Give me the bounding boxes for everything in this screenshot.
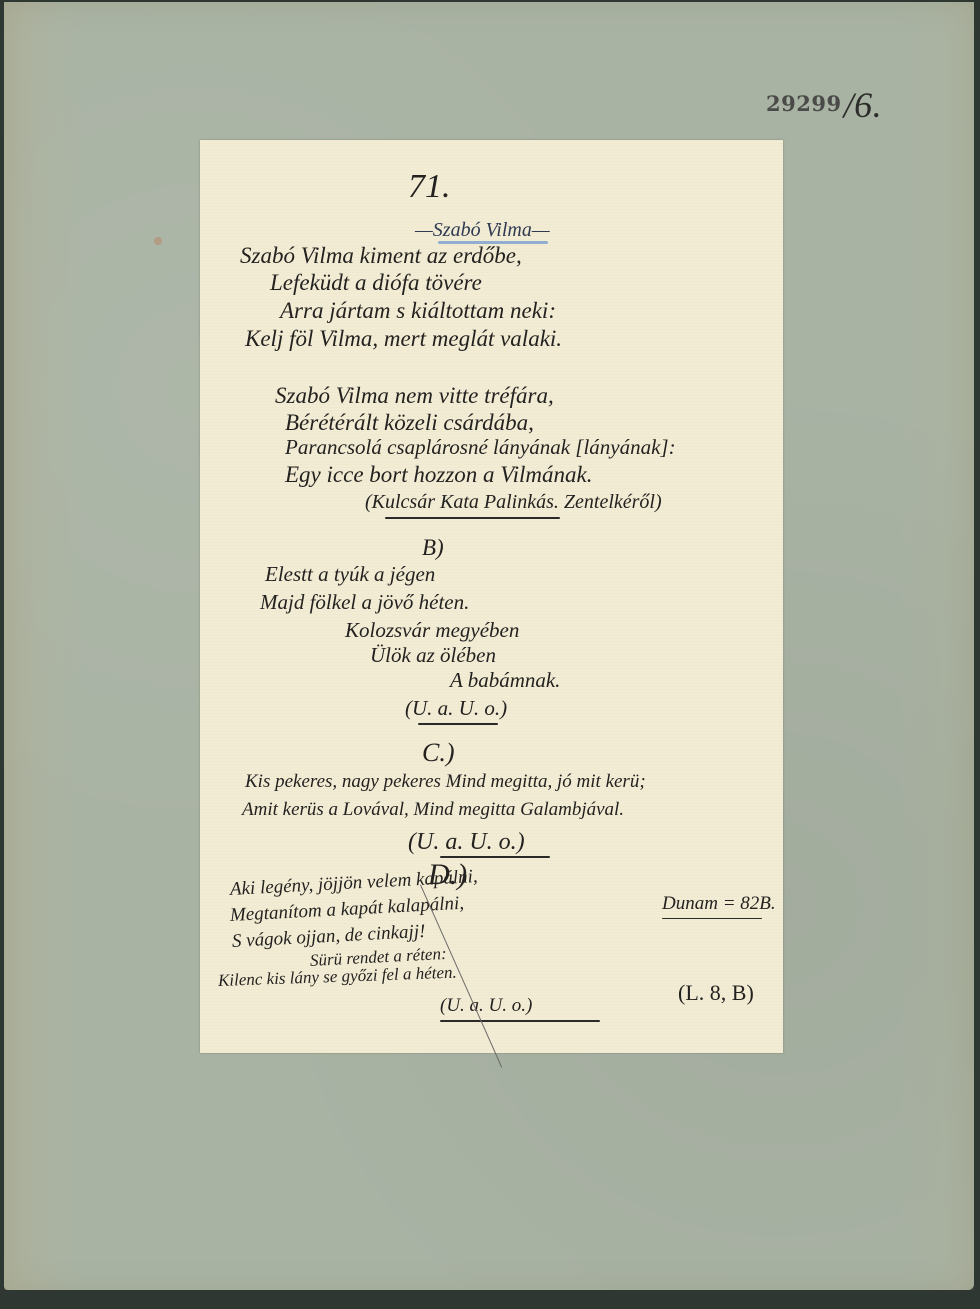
section-b-line-2: Majd fölkel a jövő héten. [260, 592, 469, 613]
section-c-line-1: Kis pekeres, nagy pekeres Mind megitta, … [245, 772, 646, 791]
catalog-suffix: /6. [844, 85, 883, 125]
catalog-number-value: 29299 [766, 91, 842, 116]
section-a-line-5: Szabó Vilma nem vitte tréfára, [275, 384, 554, 407]
ink-stain [154, 237, 162, 245]
section-a-divider [385, 517, 560, 519]
section-b-source: (U. a. U. o.) [405, 698, 507, 719]
section-a-line-8: Egy icce bort hozzon a Vilmának. [285, 463, 592, 486]
margin-note-underline [662, 918, 762, 919]
section-b-divider [418, 723, 498, 725]
section-b-line-1: Elestt a tyúk a jégen [265, 564, 435, 585]
page-number: 71. [408, 170, 451, 204]
section-d-source: (U. a. U. o.) [440, 996, 532, 1015]
poem-title: —Szabó Vilma— [415, 220, 550, 240]
reference-mark: (L. 8, B) [678, 982, 754, 1004]
section-c-label: C.) [422, 740, 455, 766]
section-c-source: (U. a. U. o.) [408, 830, 525, 854]
section-c-line-2: Amit kerüs a Lovával, Mind megitta Galam… [242, 800, 624, 819]
section-b-label: B) [422, 536, 444, 559]
catalog-number: 29299/6. [766, 78, 882, 120]
section-a-line-4: Kelj föl Vilma, mert meglát valaki. [245, 327, 562, 350]
section-d-line-2: Megtanítom a kapát kalapálni, [230, 894, 465, 925]
section-a-line-1: Szabó Vilma kiment az erdőbe, [240, 244, 522, 267]
section-b-line-4: Ülök az ölében [370, 645, 496, 666]
section-a-line-3: Arra jártam s kiáltottam neki: [280, 299, 556, 322]
margin-note: Dunam = 82B. [662, 894, 776, 913]
section-a-line-7: Parancsolá csaplárosné lányának [lányána… [285, 437, 676, 458]
section-b-line-5: A babámnak. [450, 670, 560, 691]
section-a-line-6: Bérétérált közeli csárdába, [285, 411, 534, 434]
manuscript-page: 71. —Szabó Vilma— Szabó Vilma kiment az … [200, 140, 783, 1053]
section-a-line-2: Lefeküdt a diófa tövére [270, 271, 482, 294]
section-d-line-5: Kilenc kis lány se győzi fel a héten. [218, 964, 457, 989]
section-a-source: (Kulcsár Kata Palinkás. Zentelkéről) [365, 492, 662, 512]
section-b-line-3: Kolozsvár megyében [345, 620, 519, 641]
section-d-divider [440, 1020, 600, 1022]
